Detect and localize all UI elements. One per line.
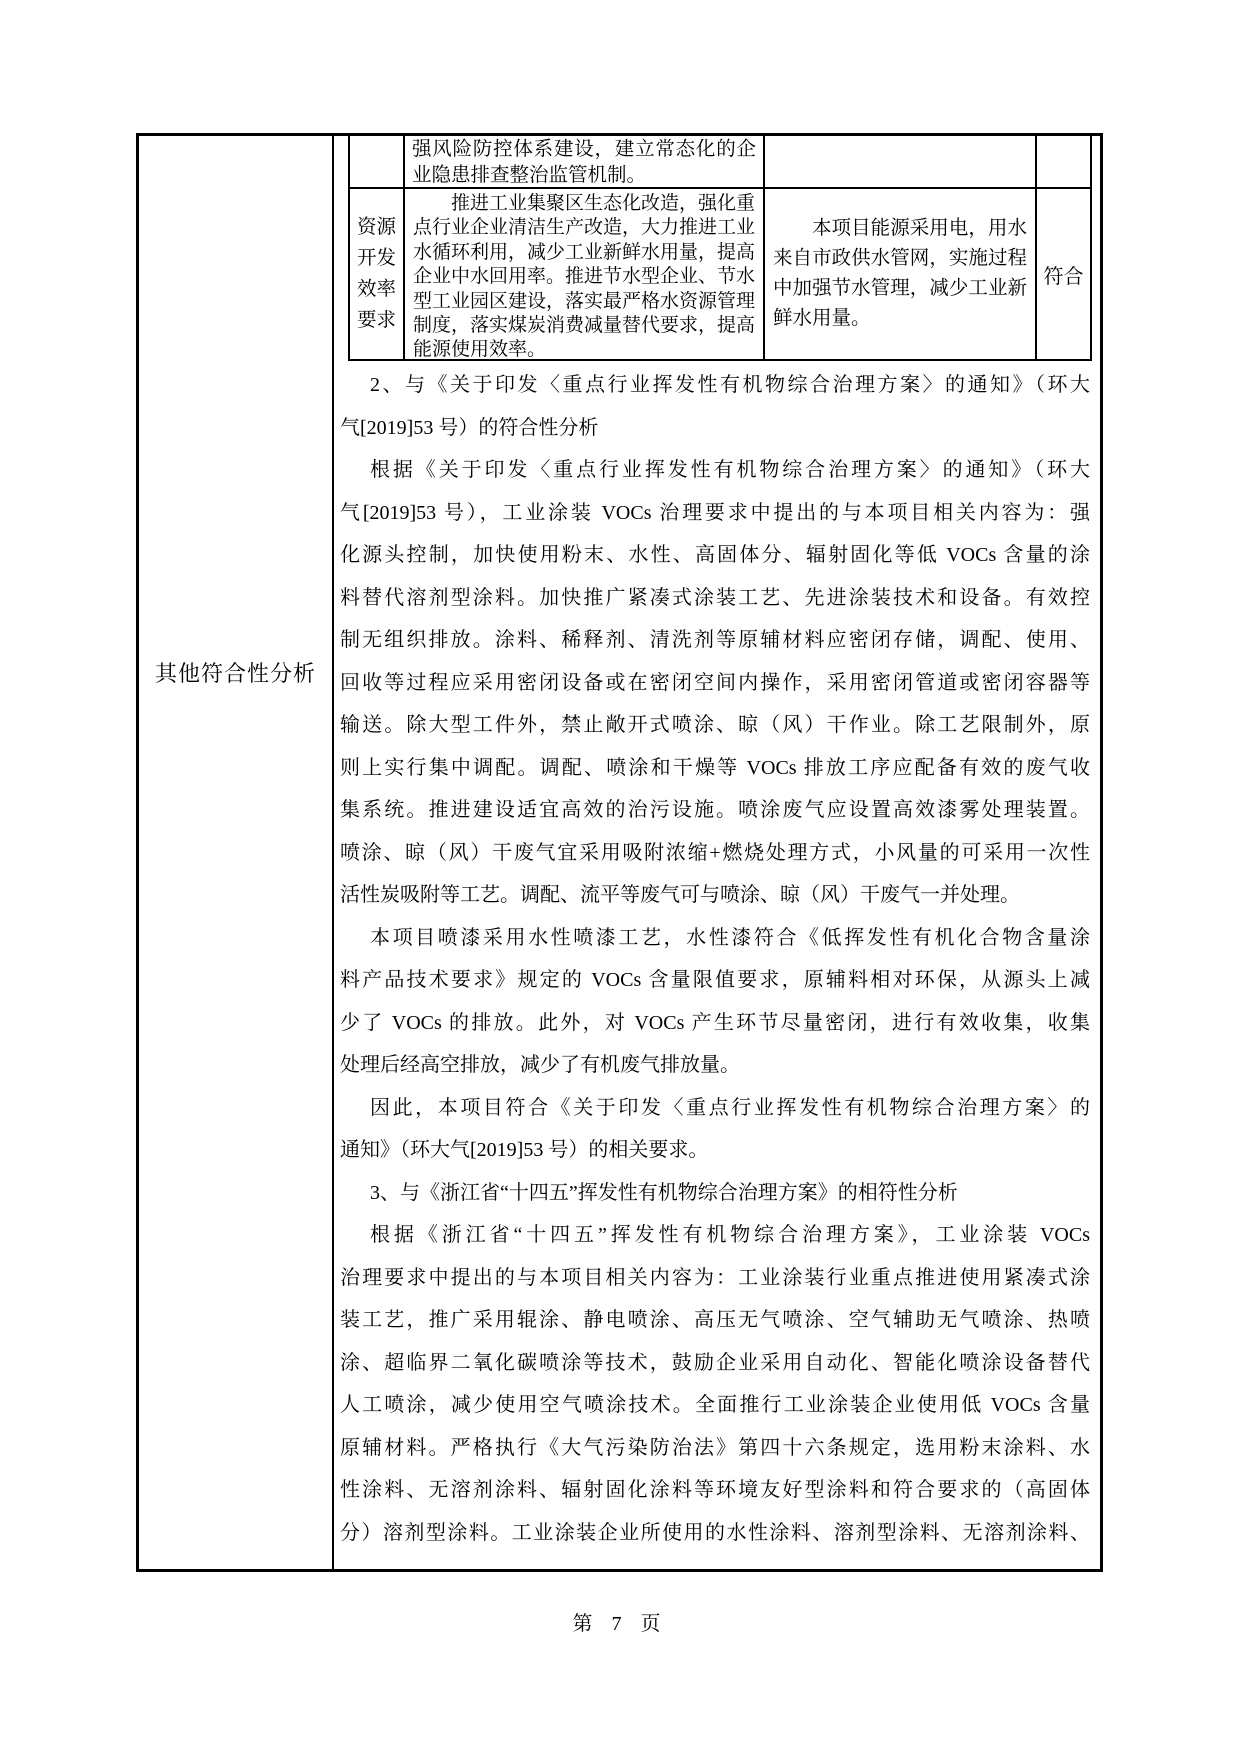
nested-cell-category: 资源开发效率要求 — [350, 189, 405, 359]
body-line: 少了 VOCs 的排放。此外，对 VOCs 产生环节尽量密闭，进行有效收集，收集 — [340, 1002, 1090, 1045]
project-situation-text: 本项目能源采用电，用水来自市政供水管网，实施过程中加强节水管理，减少工业新鲜水用… — [765, 214, 1035, 334]
body-line: 根据《浙江省“十四五”挥发性有机物综合治理方案》，工业涂装 VOCs — [340, 1214, 1090, 1257]
row-header-cell: 其他符合性分析 — [139, 136, 334, 1569]
compliance-table: 其他符合性分析 强风险防控体系建设，建立常态化的企业隐患排查整治监管机制。 资源… — [136, 133, 1103, 1572]
page-number: 第 7 页 — [0, 1607, 1240, 1636]
body-line: 活性炭吸附等工艺。调配、流平等废气可与喷涂、晾（风）干废气一并处理。 — [340, 874, 1090, 917]
body-line: 分）溶剂型涂料。工业涂装企业所使用的水性涂料、溶剂型涂料、无溶剂涂料、 — [340, 1512, 1090, 1555]
body-line: 人工喷涂，减少使用空气喷涂技术。全面推行工业涂装企业使用低 VOCs 含量 — [340, 1384, 1090, 1427]
document-page: 其他符合性分析 强风险防控体系建设，建立常态化的企业隐患排查整治监管机制。 资源… — [0, 0, 1240, 1754]
body-line: 因此，本项目符合《关于印发〈重点行业挥发性有机物综合治理方案〉的 — [340, 1087, 1090, 1130]
body-line: 则上实行集中调配。调配、喷涂和干燥等 VOCs 排放工序应配备有效的废气收 — [340, 747, 1090, 790]
nested-requirements-table: 强风险防控体系建设，建立常态化的企业隐患排查整治监管机制。 资源开发效率要求 推… — [348, 136, 1092, 361]
nested-cell-project-situation: 本项目能源采用电，用水来自市政供水管网，实施过程中加强节水管理，减少工业新鲜水用… — [765, 189, 1037, 359]
section-heading-line: 3、与《浙江省“十四五”挥发性有机物综合治理方案》的相符性分析 — [340, 1172, 1090, 1215]
body-line: 气[2019]53 号），工业涂装 VOCs 治理要求中提出的与本项目相关内容为… — [340, 492, 1090, 535]
body-line: 喷涂、晾（风）干废气宜采用吸附浓缩+燃烧处理方式，小风量的可采用一次性 — [340, 832, 1090, 875]
body-line: 料替代溶剂型涂料。加快推广紧凑式涂装工艺、先进涂装技术和设备。有效控 — [340, 577, 1090, 620]
body-line: 装工艺，推广采用辊涂、静电喷涂、高压无气喷涂、空气辅助无气喷涂、热喷 — [340, 1299, 1090, 1342]
body-line: 化源头控制，加快使用粉末、水性、高固体分、辐射固化等低 VOCs 含量的涂 — [340, 534, 1090, 577]
body-line: 原辅材料。严格执行《大气污染防治法》第四十六条规定，选用粉末涂料、水 — [340, 1427, 1090, 1470]
body-line: 本项目喷漆采用水性喷漆工艺，水性漆符合《低挥发性有机化合物含量涂 — [340, 917, 1090, 960]
body-line: 输送。除大型工件外，禁止敞开式喷涂、晾（风）干作业。除工艺限制外，原 — [340, 704, 1090, 747]
body-line: 通知》（环大气[2019]53 号）的相关要求。 — [340, 1129, 1090, 1172]
category-label: 资源开发效率要求 — [355, 212, 399, 336]
row-header-label: 其他符合性分析 — [139, 657, 332, 688]
nested-cell-empty — [765, 136, 1037, 189]
body-line: 涂、超临界二氧化碳喷涂等技术，鼓励企业采用自动化、智能化喷涂设备替代 — [340, 1342, 1090, 1385]
body-line: 性涂料、无溶剂涂料、辐射固化涂料等环境友好型涂料和符合要求的（高固体 — [340, 1469, 1090, 1512]
nested-cell-requirement: 推进工业集聚区生态化改造，强化重点行业企业清洁生产改造，大力推进工业水循环利用，… — [405, 189, 765, 359]
body-line: 集系统。推进建设适宜高效的治污设施。喷涂废气应设置高效漆雾处理装置。 — [340, 789, 1090, 832]
analysis-text-block: 2、与《关于印发〈重点行业挥发性有机物综合治理方案〉的通知》（环大 气[2019… — [340, 364, 1090, 1554]
nested-cell-conclusion: 符合 — [1037, 189, 1090, 359]
nested-cell-empty — [1037, 136, 1090, 189]
body-line: 回收等过程应采用密闭设备或在密闭空间内操作，采用密闭管道或密闭容器等 — [340, 662, 1090, 705]
body-line: 根据《关于印发〈重点行业挥发性有机物综合治理方案〉的通知》（环大 — [340, 449, 1090, 492]
section-heading-line: 气[2019]53 号）的符合性分析 — [340, 407, 1090, 450]
body-line: 治理要求中提出的与本项目相关内容为：工业涂装行业重点推进使用紧凑式涂 — [340, 1257, 1090, 1300]
body-line: 料产品技术要求》规定的 VOCs 含量限值要求，原辅料相对环保，从源头上减 — [340, 959, 1090, 1002]
body-line: 制无组织排放。涂料、稀释剂、清洗剂等原辅材料应密闭存储，调配、使用、 — [340, 619, 1090, 662]
section-heading-line: 2、与《关于印发〈重点行业挥发性有机物综合治理方案〉的通知》（环大 — [340, 364, 1090, 407]
nested-cell-measure-continued: 强风险防控体系建设，建立常态化的企业隐患排查整治监管机制。 — [405, 136, 765, 189]
nested-cell-empty — [350, 136, 405, 189]
body-line: 处理后经高空排放，减少了有机废气排放量。 — [340, 1044, 1090, 1087]
